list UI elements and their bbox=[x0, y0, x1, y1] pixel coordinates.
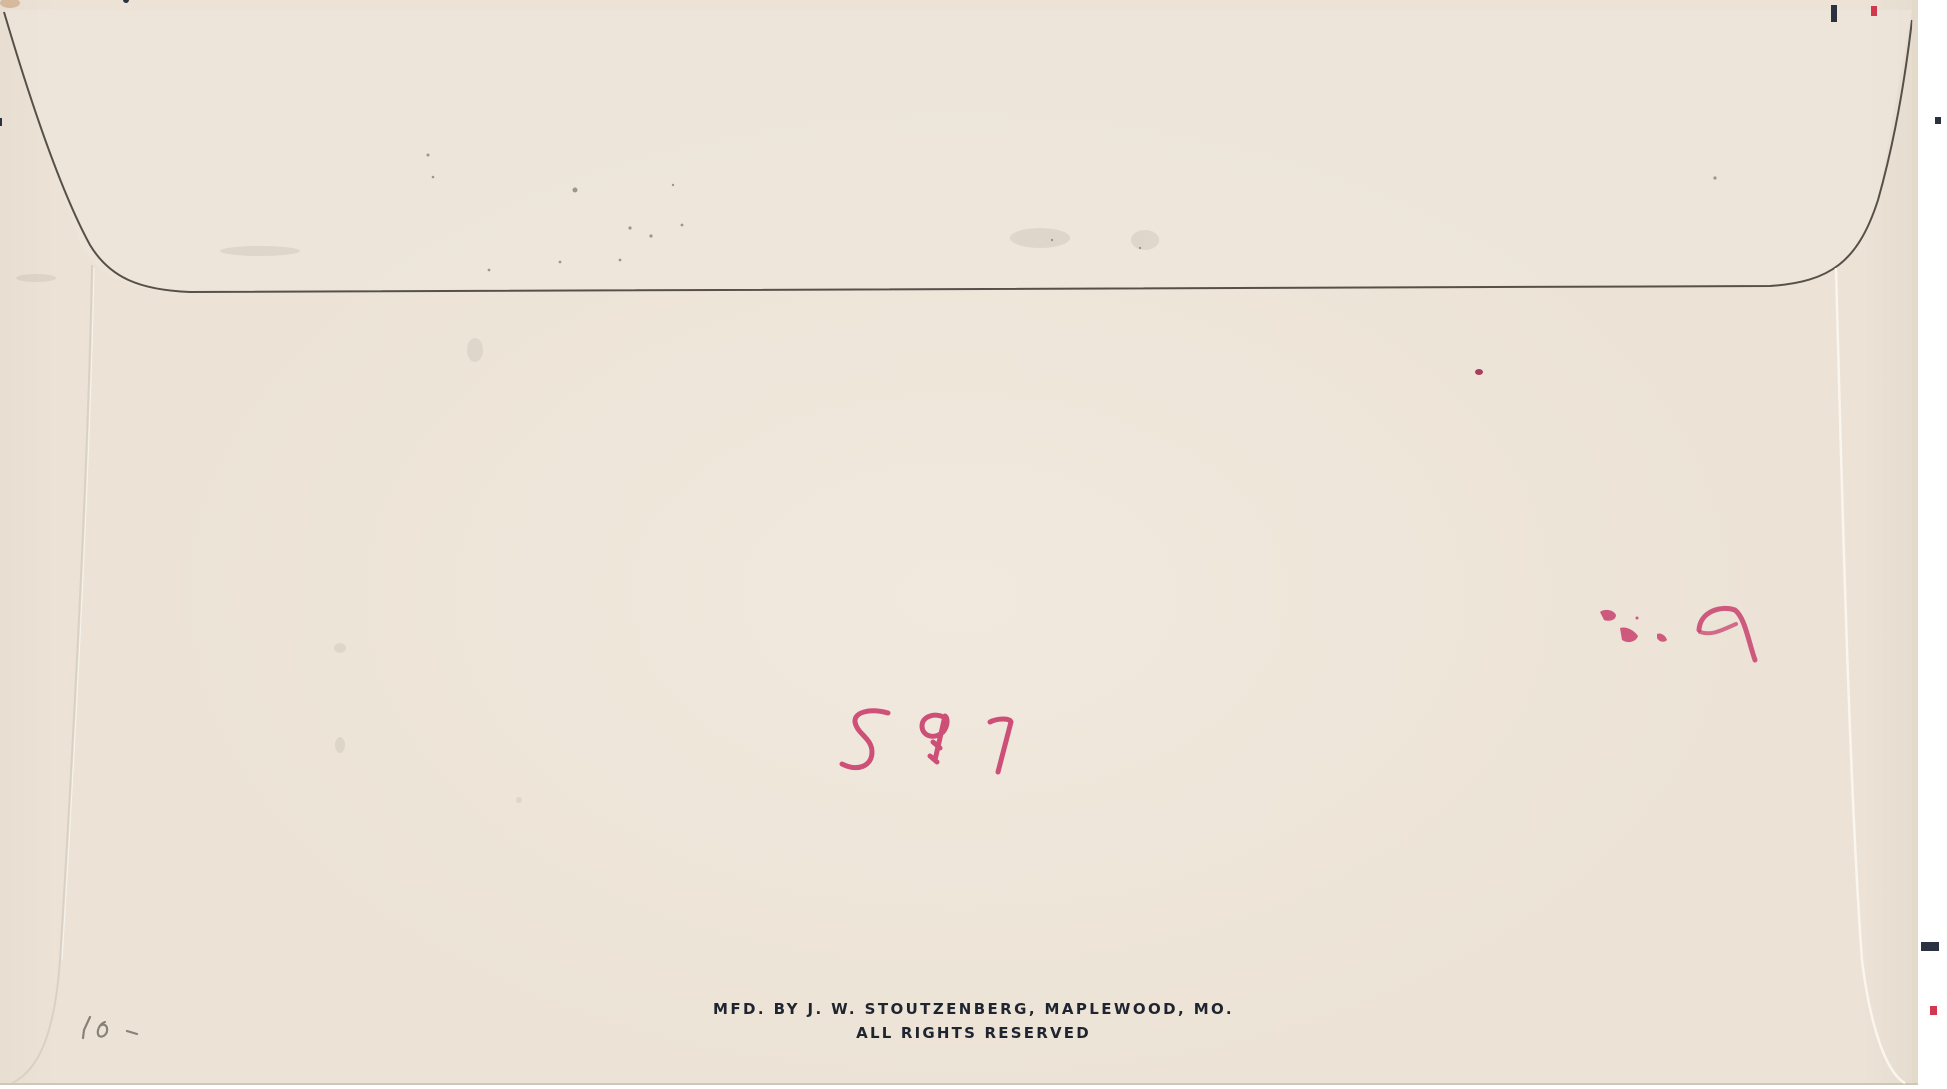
registration-mark-dark-bottom bbox=[1921, 942, 1939, 951]
envelope-back bbox=[0, 0, 1918, 1085]
manufacturer-line: MFD. BY J. W. STOUTZENBERG, MAPLEWOOD, M… bbox=[0, 997, 1947, 1021]
rights-reserved-line: ALL RIGHTS RESERVED bbox=[0, 1021, 1947, 1045]
manufacturer-imprint: MFD. BY J. W. STOUTZENBERG, MAPLEWOOD, M… bbox=[0, 997, 1947, 1045]
registration-mark-dark-right bbox=[1935, 117, 1941, 124]
